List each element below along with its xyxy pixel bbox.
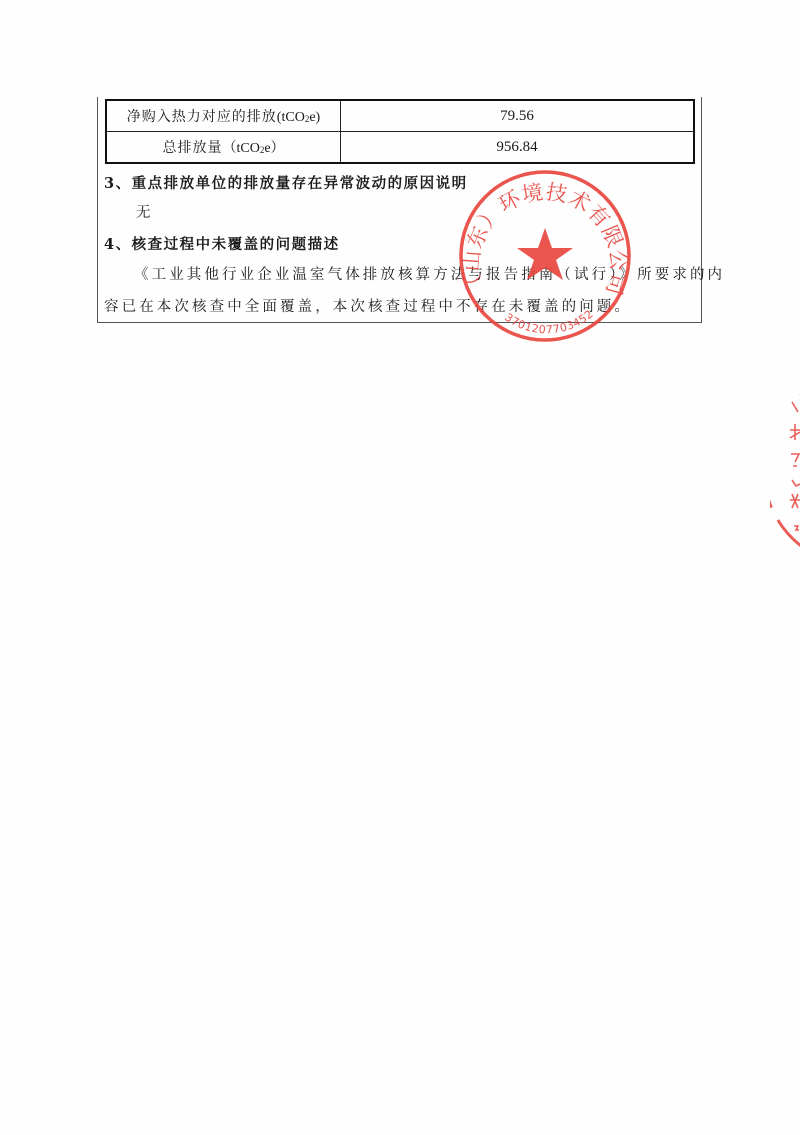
- section-4-body: 《工业其他行业企业温室气体排放核算方法与报告指南（试行）》所要求的内 容已在本次…: [104, 259, 696, 323]
- section-4-heading: 4、核查过程中未覆盖的问题描述: [104, 233, 340, 254]
- unit-text: （tCO2e）: [222, 141, 284, 156]
- section-4-body-line-1: 《工业其他行业企业温室气体排放核算方法与报告指南（试行）》所要求的内: [104, 259, 696, 291]
- emissions-summary-table: 净购入热力对应的排放(tCO2e) 79.56 总排放量（tCO2e） 956.…: [105, 99, 695, 164]
- section-3-heading: 3、重点排放单位的排放量存在异常波动的原因说明: [104, 172, 468, 193]
- seam-seal-arc: [770, 388, 800, 552]
- row-value-total-emissions: 956.84: [341, 132, 695, 164]
- table-row: 总排放量（tCO2e） 956.84: [106, 132, 694, 164]
- section-4-body-line-2: 容已在本次核查中全面覆盖，本次核查过程中不存在未覆盖的问题。: [104, 291, 696, 323]
- unit-prefix: （: [222, 141, 236, 156]
- unit-text: (tCO2e): [277, 110, 320, 125]
- seam-seal-glyphs: [790, 402, 800, 530]
- row-label-heat-emissions: 净购入热力对应的排放(tCO2e): [106, 100, 341, 132]
- section-3-body: 无: [136, 197, 151, 229]
- row-value-heat-emissions: 79.56: [341, 100, 695, 132]
- seam-seal-stamp: [770, 380, 800, 560]
- label-text: 总排放量: [162, 140, 222, 156]
- unit-main: tCO: [236, 141, 259, 156]
- unit-suffix: e): [309, 110, 320, 125]
- unit-main: tCO: [281, 110, 304, 125]
- unit-suffix: e）: [264, 141, 284, 156]
- document-page: 净购入热力对应的排放(tCO2e) 79.56 总排放量（tCO2e） 956.…: [0, 0, 800, 1135]
- table-row: 净购入热力对应的排放(tCO2e) 79.56: [106, 100, 694, 132]
- label-text: 净购入热力对应的排放: [127, 109, 277, 125]
- row-label-total-emissions: 总排放量（tCO2e）: [106, 132, 341, 164]
